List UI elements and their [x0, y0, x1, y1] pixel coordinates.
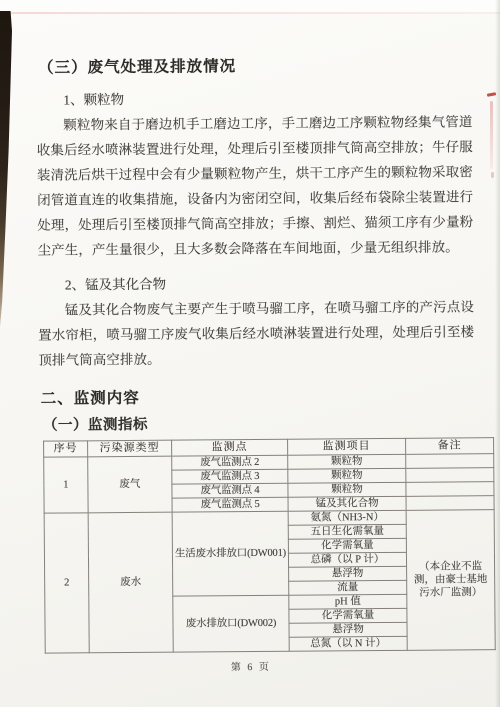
- cell-point: 废气监测点 2: [172, 455, 288, 470]
- cell-source-gas: 废气: [88, 456, 172, 513]
- cell-item: pH 值: [289, 594, 407, 609]
- cell-item: 流量: [289, 580, 407, 595]
- col-header-point: 监测点: [172, 439, 288, 456]
- cell-item: 总氮（以 N 计）: [289, 636, 407, 651]
- cell-item: 氨氮（NH3-N）: [288, 510, 406, 525]
- scan-edge-shadow: [0, 11, 12, 341]
- scan-top-band: [0, 0, 500, 12]
- section-heading-monitoring: 二、监测内容: [41, 383, 475, 408]
- cell-item: 颗粒物: [288, 482, 406, 497]
- cell-item: 化学需氧量: [289, 608, 407, 623]
- scan-pink-line: [10, 12, 500, 14]
- cell-note-empty: [406, 454, 494, 469]
- scanned-page: （三）废气处理及排放情况 1、颗粒物 颗粒物来自于磨边机手工磨边工序，手工磨边工…: [0, 0, 500, 707]
- cell-no-1: 1: [44, 457, 88, 513]
- paragraph-particulates: 颗粒物来自于磨边机手工磨边工序，手工磨边工序颗粒物经集气管道收集后经水喷淋装置进…: [36, 109, 473, 262]
- cell-source-water: 废水: [88, 512, 173, 653]
- cell-item: 总磷（以 P 计）: [288, 552, 406, 567]
- item-title-manganese: 2、锰及其化合物: [38, 270, 474, 293]
- cell-point: 废气监测点 4: [172, 483, 288, 498]
- item-title-particulates: 1、颗粒物: [36, 85, 472, 108]
- page-content: （三）废气处理及排放情况 1、颗粒物 颗粒物来自于磨边机手工磨边工序，手工磨边工…: [36, 48, 477, 674]
- cell-note-empty: [406, 468, 494, 483]
- red-ink-dot: [491, 172, 494, 178]
- paragraph-manganese: 锰及其化合物废气主要产生于喷马骝工序，在喷马骝工序的产污点设置水帘柜，喷马骝工序…: [38, 294, 475, 372]
- cell-item: 化学需氧量: [288, 538, 406, 553]
- cell-item: 悬浮物: [289, 622, 407, 637]
- subheading-monitoring-indicators: （一）监测指标: [43, 410, 475, 434]
- col-header-source-type: 污染源类型: [88, 440, 172, 457]
- cell-note-empty: [406, 496, 494, 511]
- col-header-note: 备注: [406, 438, 494, 455]
- cell-item: 颗粒物: [288, 454, 406, 469]
- col-header-no: 序号: [44, 441, 88, 457]
- page-number: 第 6 页: [41, 656, 461, 674]
- cell-outlet-dw002: 废水排放口(DW002): [173, 595, 289, 652]
- cell-item: 五日生化需氧量: [288, 524, 406, 539]
- cell-outlet-dw001: 生活废水排放口(DW001): [172, 511, 289, 596]
- monitoring-table: 序号 污染源类型 监测点 监测项目 备注 1 废气 废气监测点 2 颗粒物 废气…: [43, 437, 496, 654]
- cell-note-empty: [406, 482, 494, 497]
- red-ink-smudge: [490, 101, 493, 169]
- cell-no-2: 2: [44, 513, 89, 653]
- section-heading-waste-gas: （三）废气处理及排放情况: [38, 52, 472, 77]
- cell-item: 悬浮物: [289, 566, 407, 581]
- scan-right-shade: [495, 0, 500, 707]
- cell-point: 废气监测点 5: [172, 497, 288, 512]
- cell-item: 锰及其化合物: [288, 496, 406, 511]
- cell-item: 颗粒物: [288, 468, 406, 483]
- table-row: 2 废水 生活废水排放口(DW001) 氨氮（NH3-N） （本企业不监测，由豪…: [44, 510, 494, 528]
- cell-point: 废气监测点 3: [172, 469, 288, 484]
- cell-note-remark: （本企业不监测，由豪士基地污水厂监测）: [406, 510, 495, 651]
- col-header-item: 监测项目: [288, 438, 406, 455]
